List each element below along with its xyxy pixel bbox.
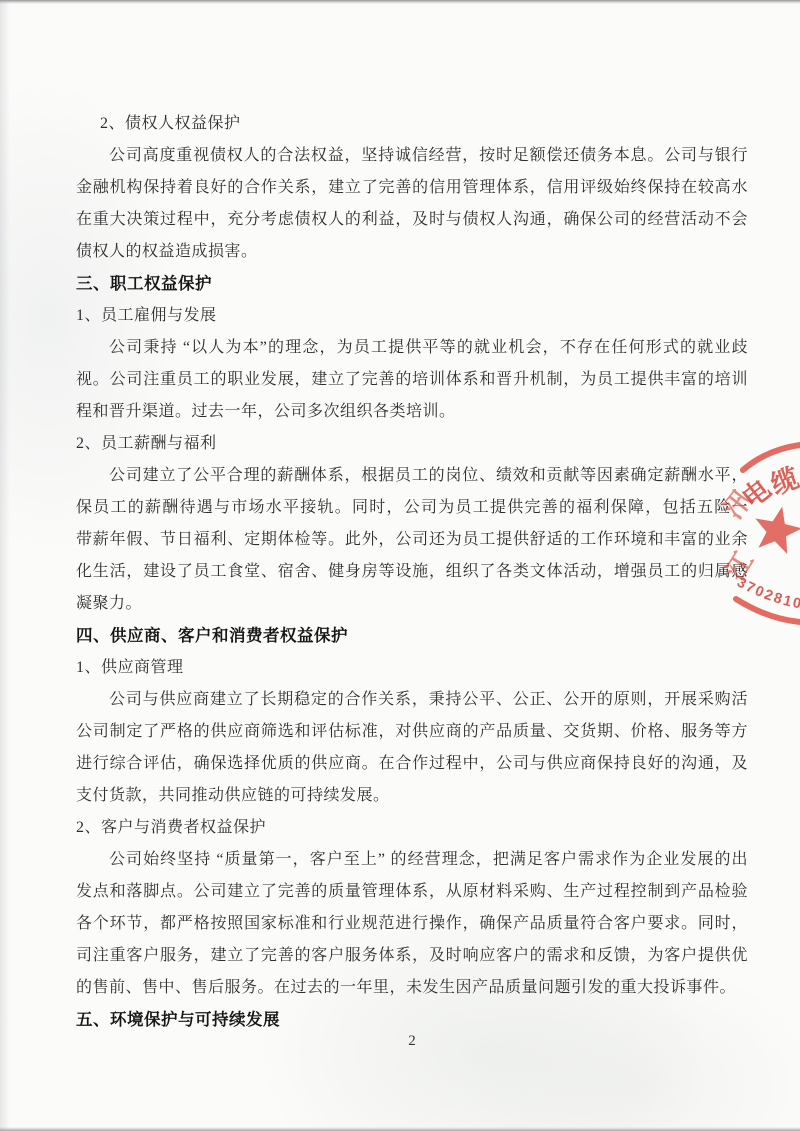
paragraph-line: 各个环节，都严格按照国家标准和行业规范进行操作，确保产品质量符合客户要求。同时，…	[76, 908, 748, 940]
scan-edge-bottom	[0, 1127, 800, 1131]
document-page: 2、债权人权益保护公司高度重视债权人的合法权益，坚持诚信经营，按时足额偿还债务本…	[0, 0, 800, 1131]
paragraph-line: 公司建立了公平合理的薪酬体系，根据员工的岗位、绩效和贡献等因素确定薪酬水平，确	[76, 460, 748, 492]
paragraph: 公司高度重视债权人的合法权益，坚持诚信经营，按时足额偿还债务本息。公司与银行等金…	[76, 140, 748, 268]
paragraph-line: 公司始终坚持 “质量第一，客户至上” 的经营理念，把满足客户需求作为企业发展的出	[76, 844, 748, 876]
paragraph-line: 司注重客户服务，建立了完善的客户服务体系，及时响应客户的需求和反馈，为客户提供优…	[76, 940, 748, 972]
section-heading: 五、环境保护与可持续发展	[76, 1004, 748, 1036]
paragraph-line: 债权人的权益造成损害。	[76, 236, 748, 268]
paragraph-line: 在重大决策过程中，充分考虑债权人的利益，及时与债权人沟通，确保公司的经营活动不会…	[76, 204, 748, 236]
paragraph-line: 公司制定了严格的供应商筛选和评估标准，对供应商的产品质量、交货期、价格、服务等方…	[76, 716, 748, 748]
document-body: 2、债权人权益保护公司高度重视债权人的合法权益，坚持诚信经营，按时足额偿还债务本…	[76, 108, 748, 1036]
sub-heading: 1、供应商管理	[76, 652, 748, 684]
paragraph: 公司建立了公平合理的薪酬体系，根据员工的岗位、绩效和贡献等因素确定薪酬水平，确保…	[76, 460, 748, 620]
paragraph-line: 进行综合评估，确保选择优质的供应商。在合作过程中，公司与供应商保持良好的沟通，及…	[76, 748, 748, 780]
paragraph-line: 公司与供应商建立了长期稳定的合作关系，秉持公平、公正、公开的原则，开展采购活动。	[76, 684, 748, 716]
sub-heading: 1、员工雇佣与发展	[76, 300, 748, 332]
sub-heading: 2、客户与消费者权益保护	[76, 812, 748, 844]
section-heading: 三、职工权益保护	[76, 268, 748, 300]
paragraph: 公司秉持 “以人为本”的理念，为员工提供平等的就业机会，不存在任何形式的就业歧视…	[76, 332, 748, 428]
paragraph-line: 化生活，建设了员工食堂、宿舍、健身房等设施，组织了各类文体活动，增强员工的归属感…	[76, 556, 748, 588]
paragraph-line: 保员工的薪酬待遇与市场水平接轨。同时，公司为员工提供完善的福利保障，包括五险一金…	[76, 492, 748, 524]
paragraph-line: 公司高度重视债权人的合法权益，坚持诚信经营，按时足额偿还债务本息。公司与银行等	[76, 140, 748, 172]
paragraph-line: 凝聚力。	[76, 588, 748, 620]
sub-heading: 2、债权人权益保护	[76, 108, 748, 140]
page-number: 2	[396, 1033, 428, 1050]
paragraph-line: 带薪年假、节日福利、定期体检等。此外，公司还为员工提供舒适的工作环境和丰富的业余…	[76, 524, 748, 556]
paragraph-line: 视。公司注重员工的职业发展，建立了完善的培训体系和晋升机制，为员工提供丰富的培训…	[76, 364, 748, 396]
paragraph: 公司与供应商建立了长期稳定的合作关系，秉持公平、公正、公开的原则，开展采购活动。…	[76, 684, 748, 812]
section-heading: 四、供应商、客户和消费者权益保护	[76, 620, 748, 652]
scan-edge-left	[0, 0, 10, 1131]
paragraph-line: 金融机构保持着良好的合作关系，建立了完善的信用管理体系，信用评级始终保持在较高水…	[76, 172, 748, 204]
paragraph-line: 的售前、售中、售后服务。在过去的一年里，未发生因产品质量问题引发的重大投诉事件。	[76, 972, 748, 1004]
company-seal-stamp: 江 汛 电 缆 3702810	[700, 400, 800, 640]
paragraph: 公司始终坚持 “质量第一，客户至上” 的经营理念，把满足客户需求作为企业发展的出…	[76, 844, 748, 1004]
paragraph-line: 公司秉持 “以人为本”的理念，为员工提供平等的就业机会，不存在任何形式的就业歧	[76, 332, 748, 364]
paragraph-line: 支付货款，共同推动供应链的可持续发展。	[76, 780, 748, 812]
paragraph-line: 程和晋升渠道。过去一年，公司多次组织各类培训。	[76, 396, 748, 428]
paragraph-line: 发点和落脚点。公司建立了完善的质量管理体系，从原材料采购、生产过程控制到产品检验…	[76, 876, 748, 908]
scan-edge-top	[0, 0, 800, 4]
sub-heading: 2、员工薪酬与福利	[76, 428, 748, 460]
